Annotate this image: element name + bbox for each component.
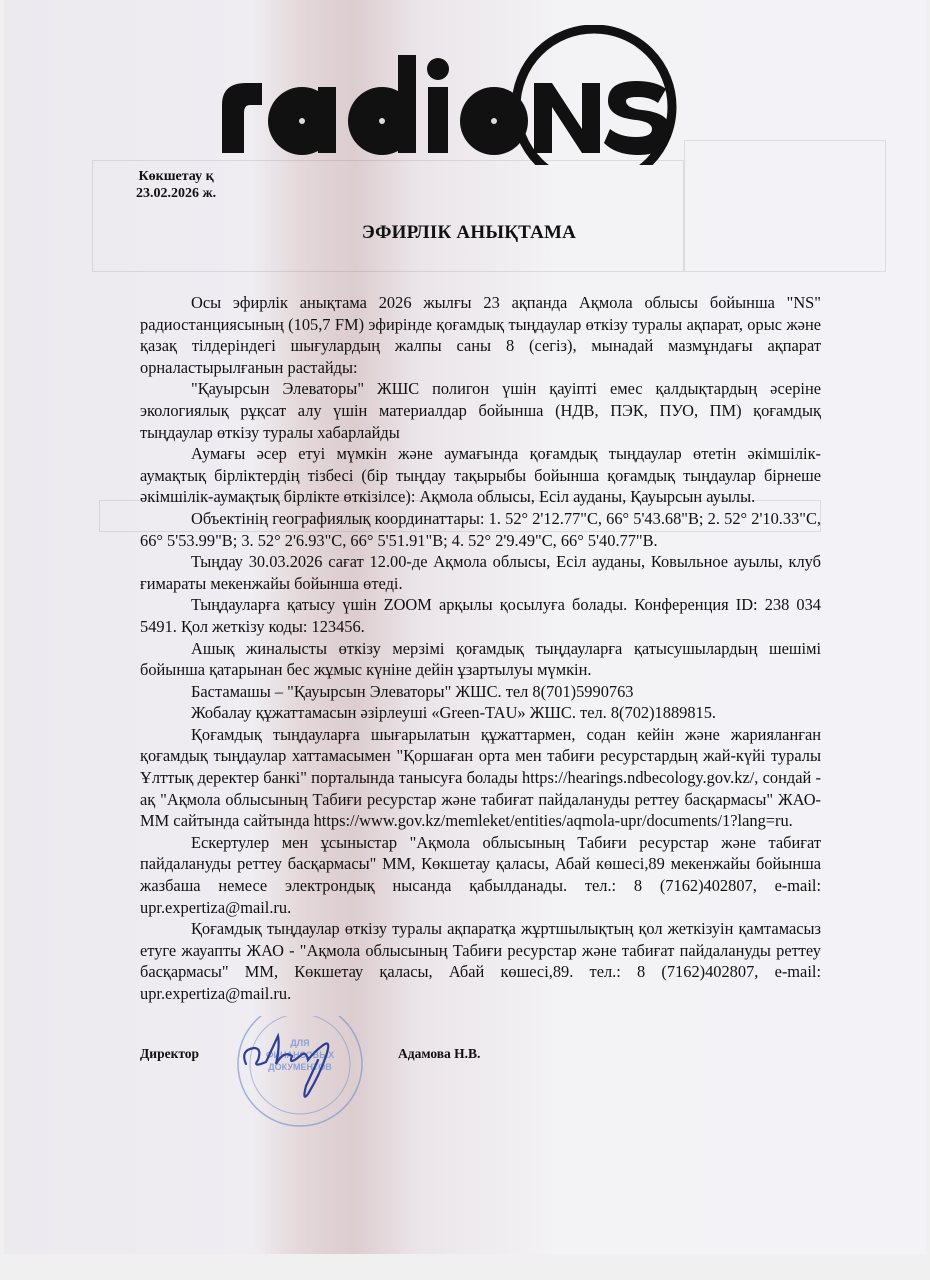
signatory-role: Директор <box>140 1046 199 1062</box>
document-title: ЭФИРЛІК АНЫҚТАМА <box>4 222 930 244</box>
signature-block: Директор ДЛЯ ФИНАНСОВЫХ ДОКУМЕНТОВ Адамо… <box>140 1046 640 1126</box>
paragraph-coordinates: Объектінің географиялық координаттары: 1… <box>140 508 821 551</box>
paragraph-territory: Аумағы әсер етуі мүмкін және аумағында қ… <box>140 443 821 508</box>
paragraph-remarks: Ескертулер мен ұсыныстар "Ақмола облысын… <box>140 832 821 918</box>
paragraph-intro: Осы эфирлік анықтама 2026 жылғы 23 ақпан… <box>140 292 821 378</box>
document-body: Осы эфирлік анықтама 2026 жылғы 23 ақпан… <box>140 292 821 1005</box>
date: 23.02.2026 ж. <box>136 185 216 202</box>
svg-text:ДЛЯ: ДЛЯ <box>290 1038 309 1048</box>
paragraph-responsible: Қоғамдық тыңдаулар өткізу туралы ақпарат… <box>140 918 821 1004</box>
signatory-name: Адамова Н.В. <box>398 1046 480 1062</box>
round-stamp-icon: ДЛЯ ФИНАНСОВЫХ ДОКУМЕНТОВ <box>222 1016 372 1136</box>
paragraph-initiator: Бастамашы – "Қауырсын Элеваторы" ЖШС. те… <box>140 681 821 703</box>
scanned-page: Көкшетау қ 23.02.2026 ж. ЭФИРЛІК АНЫҚТАМ… <box>4 0 926 1254</box>
radio-ns-logo-icon <box>204 25 764 165</box>
paragraph-extension: Ашық жиналысты өткізу мерзімі қоғамдық т… <box>140 638 821 681</box>
paragraph-announcement: "Қауырсын Элеваторы" ЖШС полигон үшін қа… <box>140 378 821 443</box>
place: Көкшетау қ <box>136 168 216 185</box>
place-and-date: Көкшетау қ 23.02.2026 ж. <box>136 168 216 202</box>
paragraph-zoom: Тыңдауларға қатысу үшін ZOOM арқылы қосы… <box>140 594 821 637</box>
paragraph-developer: Жобалау құжаттамасын әзірлеуші «Green-TA… <box>140 702 821 724</box>
paragraph-hearing-time: Тыңдау 30.03.2026 сағат 12.00-де Ақмола … <box>140 551 821 594</box>
paragraph-documents: Қоғамдық тыңдауларға шығарылатын құжатта… <box>140 724 821 832</box>
